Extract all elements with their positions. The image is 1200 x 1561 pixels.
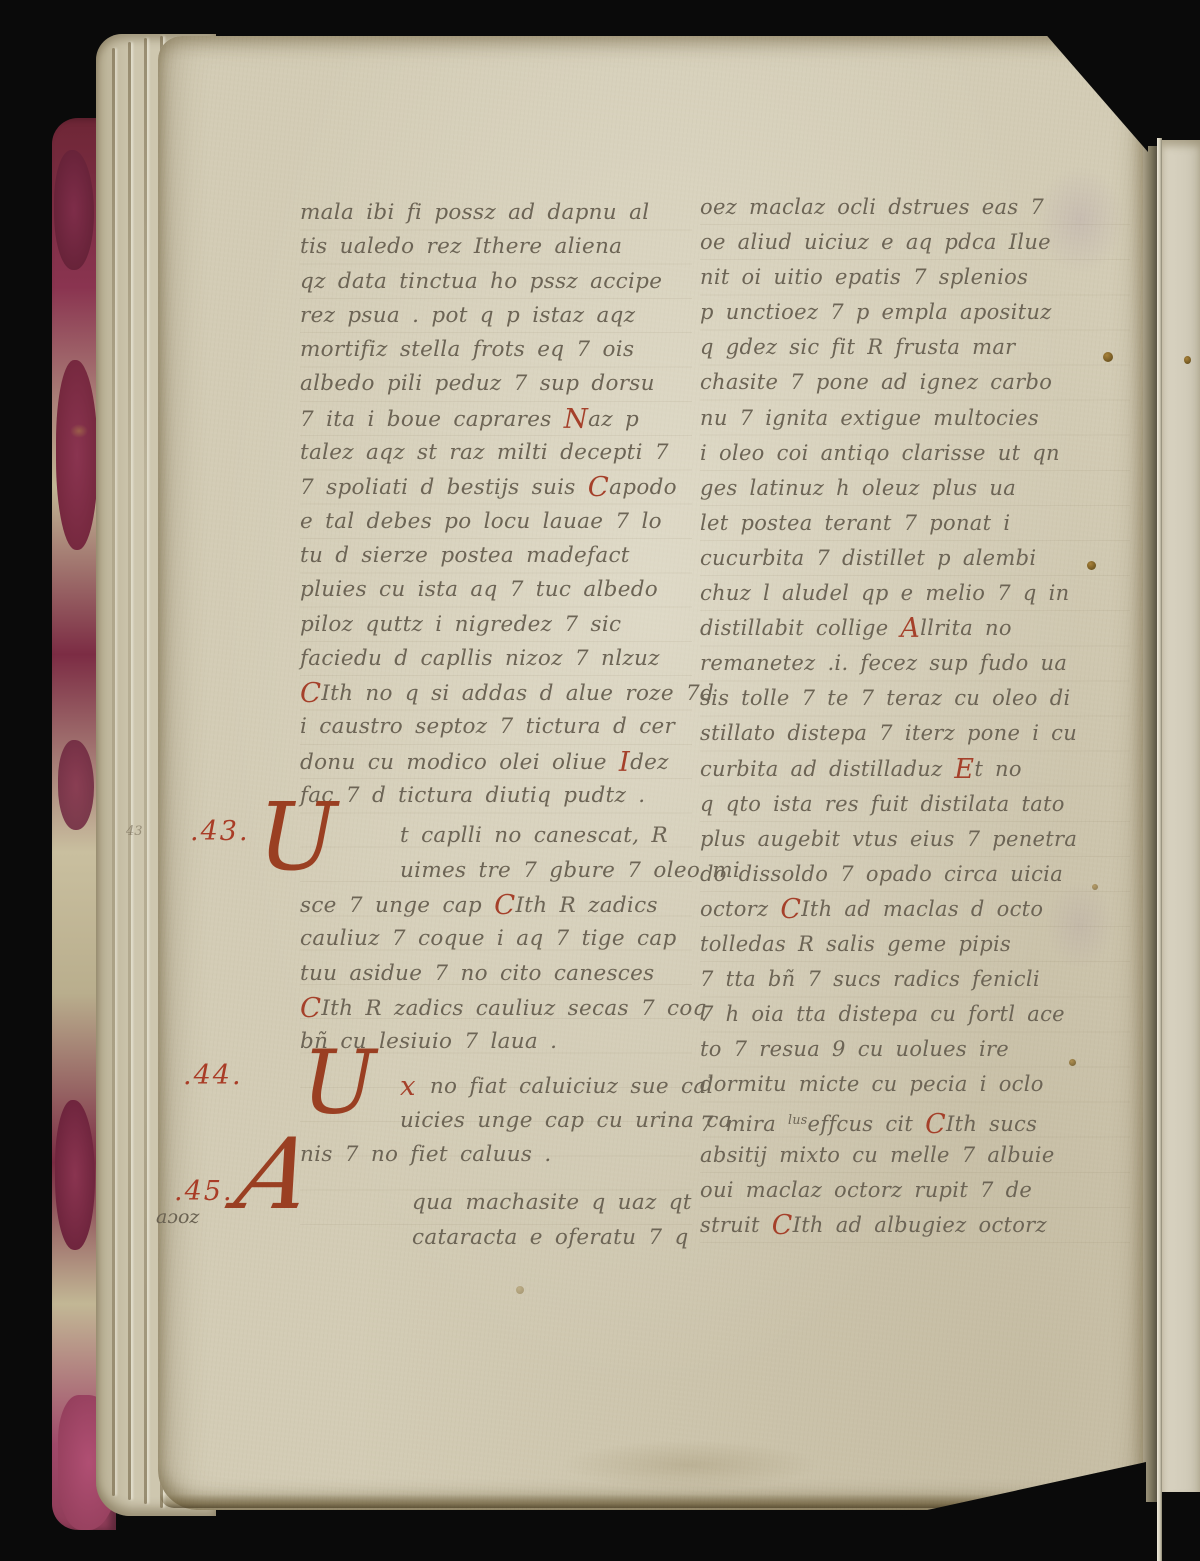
manuscript-text-line: talez aqz st raz milti decepti 7	[300, 436, 692, 470]
page-edge-ridge	[112, 48, 115, 1496]
ink-text: cataracta e oferatu 7 q	[412, 1225, 689, 1250]
manuscript-text-line: dormitu micte cu pecia i oclo	[700, 1067, 1130, 1102]
rubric-red-text: C	[300, 992, 321, 1024]
ink-text: dormitu micte cu pecia i oclo	[700, 1072, 1044, 1096]
manuscript-text-line: 7 h oia tta distepa cu fortl ace	[700, 997, 1130, 1032]
ink-text: talez aqz st raz milti decepti 7	[300, 440, 669, 465]
manuscript-text-line: albedo pili peduz 7 sup dorsu	[300, 367, 692, 401]
ink-text: 7 spoliati d bestijs suis	[300, 475, 588, 500]
marginal-ink-scribble: aɔoz	[156, 1206, 199, 1228]
manuscript-text-line: CIth R zadics cauliuz secas 7 coq	[300, 991, 692, 1025]
manuscript-text-line: oez maclaz ocli dstrues eas 7	[700, 190, 1130, 225]
manuscript-text-line: sce 7 unge cap CIth R zadics	[300, 888, 692, 922]
manuscript-text-line: q qto ista res fuit distilata tato	[700, 787, 1130, 822]
ink-text: mala ibi fi possz ad dapnu al	[300, 200, 649, 225]
ink-text: mortifiz stella frots eq 7 ois	[300, 337, 634, 362]
manuscript-text-line: i caustro septoz 7 tictura d cer	[300, 710, 692, 744]
rubric-red-text: C	[925, 1110, 946, 1141]
ink-text: faciedu d capllis nizoz 7 nlzuz	[300, 646, 660, 671]
page-edge-ridge	[144, 38, 147, 1504]
manuscript-text-line: distillabit collige Allrita no	[700, 611, 1130, 646]
ink-text: Ith sucs	[946, 1112, 1037, 1136]
ink-text: no fiat caluiciuz sue cal	[430, 1074, 714, 1099]
rubric-red-text: C	[300, 677, 321, 709]
page-edge-ridge	[128, 42, 131, 1500]
ink-text: distillabit collige	[700, 616, 900, 640]
ink-text: nis 7 no fiet caluus .	[300, 1142, 552, 1167]
ink-text: Ith no q si addas d alue roze 7d	[321, 681, 714, 706]
ink-text: tuu asidue 7 no cito canesces	[300, 961, 655, 986]
rubric-red-text: C	[772, 1210, 793, 1241]
ink-text: p unctioez 7 p empla aposituz	[700, 300, 1052, 324]
rubric-red-text: A	[900, 613, 920, 644]
ink-text: stillato distepa 7 iterz pone i cu	[700, 721, 1077, 745]
right-text-column: oez maclaz ocli dstrues eas 7oe aliud ui…	[700, 190, 1130, 1243]
manuscript-text-line: chuz l aludel qp e melio 7 q in	[700, 576, 1130, 611]
rubric-red-text: x	[400, 1070, 430, 1102]
manuscript-text-line: faciedu d capllis nizoz 7 nlzuz	[300, 642, 692, 676]
manuscript-text-line: 7 mira luseffcus cit CIth sucs	[700, 1102, 1130, 1137]
manuscript-text-line: mala ibi fi possz ad dapnu al	[300, 196, 692, 230]
manuscript-text-line: to 7 resua 9 cu uolues ire	[700, 1032, 1130, 1067]
chapter-number-45: .45.	[174, 1176, 234, 1207]
manuscript-text-line: struit CIth ad albugiez octorz	[700, 1208, 1130, 1243]
ink-text: albedo pili peduz 7 sup dorsu	[300, 371, 655, 396]
ink-text: let postea terant 7 ponat i	[700, 511, 1010, 535]
ink-text: oez maclaz ocli dstrues eas 7	[700, 195, 1044, 219]
manuscript-text-line: pluies cu ista aq 7 tuc albedo	[300, 573, 692, 607]
ink-text: nit oi uitio epatis 7 splenios	[700, 265, 1028, 289]
manuscript-text-line: cauliuz 7 coque i aq 7 tige cap	[300, 922, 692, 956]
manuscript-text-line: tu d sierze postea madefact	[300, 539, 692, 573]
manuscript-text-line: nu 7 ignita extigue multocies	[700, 401, 1130, 436]
rubric-red-text: C	[494, 889, 515, 921]
ink-text: i caustro septoz 7 tictura d cer	[300, 714, 675, 739]
ink-text: chasite 7 pone ad ignez carbo	[700, 370, 1052, 394]
wormhole	[516, 1286, 524, 1294]
ink-text: absitij mixto cu melle 7 albuie	[700, 1143, 1055, 1167]
page-fore-edge-shadow	[1143, 146, 1158, 1502]
manuscript-text-line: qz data tinctua ho pssz accipe	[300, 265, 692, 299]
ink-text: uimes tre 7 gbure 7 oleo mi	[400, 858, 740, 883]
ink-text: pluies cu ista aq 7 tuc albedo	[300, 577, 658, 602]
next-page-sliver	[1162, 140, 1200, 1492]
ink-text: Ith R zadics cauliuz secas 7 coq	[321, 996, 706, 1021]
ink-text: oui maclaz octorz rupit 7 de	[700, 1178, 1032, 1202]
manuscript-text-line: nis 7 no fiet caluus .	[300, 1138, 692, 1172]
parchment-stain	[560, 1440, 820, 1490]
manuscript-text-line: sis tolle 7 te 7 teraz cu oleo di	[700, 681, 1130, 716]
ink-text: qua machasite q uaz qt	[412, 1190, 692, 1215]
ink-text: curbita ad distilladuz	[700, 757, 954, 781]
ink-text: effcus cit	[808, 1112, 926, 1136]
ink-text: 7 mira	[700, 1112, 788, 1136]
ink-text: do dissoldo 7 opado circa uicia	[700, 862, 1063, 886]
rubricated-initial-43: U	[258, 800, 337, 875]
ink-text: rez psua . pot q p istaz aqz	[300, 303, 635, 328]
ink-text: tis ualedo rez Ithere aliena	[300, 234, 622, 259]
ink-text: fac 7 d tictura diutiq pudtz .	[300, 783, 645, 808]
ink-text: sis tolle 7 te 7 teraz cu oleo di	[700, 686, 1070, 710]
manuscript-text-line: curbita ad distilladuz Et no	[700, 752, 1130, 787]
manuscript-text-line: plus augebit vtus eius 7 penetra	[700, 822, 1130, 857]
ink-text: apodo	[609, 475, 677, 500]
manuscript-photograph: mala ibi fi possz ad dapnu altis ualedo …	[0, 0, 1200, 1561]
ink-text: remanetez .i. fecez sup fudo ua	[700, 651, 1067, 675]
ink-text: lus	[788, 1112, 808, 1127]
ink-text: sce 7 unge cap	[300, 893, 494, 918]
manuscript-text-line: t caplli no canescat, R	[300, 819, 692, 853]
ink-text: chuz l aludel qp e melio 7 q in	[700, 581, 1069, 605]
ink-text: t caplli no canescat, R	[400, 823, 668, 848]
ink-text: 7 h oia tta distepa cu fortl ace	[700, 1002, 1065, 1026]
manuscript-text-line: CIth no q si addas d alue roze 7d	[300, 676, 692, 710]
gutter-pencil-number: 43	[126, 824, 143, 839]
ink-text: 7 tta bñ 7 sucs radics fenicli	[700, 967, 1040, 991]
manuscript-text-line: cataracta e oferatu 7 q	[300, 1221, 692, 1255]
chapter-number-43: .43.	[190, 816, 250, 847]
manuscript-text-line: cucurbita 7 distillet p alembi	[700, 541, 1130, 576]
manuscript-text-line: fac 7 d tictura diutiq pudtz .	[300, 779, 692, 813]
ink-text: ges latinuz h oleuz plus ua	[700, 476, 1016, 500]
chapter-number-44: .44.	[183, 1060, 243, 1091]
ink-text: dez	[630, 750, 669, 775]
rubric-red-text: I	[619, 746, 630, 778]
ink-text: tolledas R salis geme pipis	[700, 932, 1011, 956]
rubric-red-text: E	[954, 754, 974, 785]
ink-text: Ith R zadics	[515, 893, 657, 918]
rubric-red-text: C	[780, 894, 801, 925]
ink-text: Ith ad maclas d octo	[801, 897, 1043, 921]
ink-text: e tal debes po locu lauae 7 lo	[300, 509, 662, 534]
manuscript-text-line: uimes tre 7 gbure 7 oleo mi	[300, 854, 692, 888]
manuscript-text-line: let postea terant 7 ponat i	[700, 506, 1130, 541]
manuscript-text-line: 7 spoliati d bestijs suis Capodo	[300, 470, 692, 504]
manuscript-text-line: tuu asidue 7 no cito canesces	[300, 957, 692, 991]
ink-text: piloz quttz i nigredez 7 sic	[300, 612, 621, 637]
manuscript-text-line: octorz CIth ad maclas d octo	[700, 892, 1130, 927]
ink-text: donu cu modico olei oliue	[300, 750, 619, 775]
manuscript-text-line: 7 tta bñ 7 sucs radics fenicli	[700, 962, 1130, 997]
manuscript-text-line: nit oi uitio epatis 7 splenios	[700, 260, 1130, 295]
manuscript-text-line: donu cu modico olei oliue Idez	[300, 745, 692, 779]
manuscript-text-line: tolledas R salis geme pipis	[700, 927, 1130, 962]
ink-text: cucurbita 7 distillet p alembi	[700, 546, 1036, 570]
manuscript-text-line: chasite 7 pone ad ignez carbo	[700, 365, 1130, 400]
ink-text: qz data tinctua ho pssz accipe	[300, 269, 662, 294]
manuscript-text-line: stillato distepa 7 iterz pone i cu	[700, 716, 1130, 751]
ink-text: oe aliud uiciuz e aq pdca Ilue	[700, 230, 1051, 254]
ink-text: Ith ad albugiez octorz	[793, 1213, 1047, 1237]
manuscript-text-line: rez psua . pot q p istaz aqz	[300, 299, 692, 333]
ink-text: uicies unge cap cu urina ca	[400, 1108, 732, 1133]
manuscript-text-line: tis ualedo rez Ithere aliena	[300, 230, 692, 264]
ink-text: 7 ita i boue caprares	[300, 407, 564, 432]
manuscript-text-line: i oleo coi antiqo clarisse ut qn	[700, 436, 1130, 471]
ink-text: llrita no	[920, 616, 1012, 640]
rubric-red-text: N	[564, 403, 588, 435]
rubricated-initial-44: U	[302, 1048, 376, 1118]
manuscript-text-line: oui maclaz octorz rupit 7 de	[700, 1173, 1130, 1208]
manuscript-text-line: do dissoldo 7 opado circa uicia	[700, 857, 1130, 892]
ink-text: octorz	[700, 897, 780, 921]
manuscript-text-line: 7 ita i boue caprares Naz p	[300, 402, 692, 436]
manuscript-text-line: remanetez .i. fecez sup fudo ua	[700, 646, 1130, 681]
ink-text: q qto ista res fuit distilata tato	[700, 792, 1065, 816]
ink-text: i oleo coi antiqo clarisse ut qn	[700, 441, 1060, 465]
ink-text: to 7 resua 9 cu uolues ire	[700, 1037, 1009, 1061]
leather-patch	[58, 740, 94, 830]
manuscript-text-line: ges latinuz h oleuz plus ua	[700, 471, 1130, 506]
parchment-stain	[70, 424, 88, 438]
rubric-red-text: C	[588, 471, 609, 503]
ink-text: plus augebit vtus eius 7 penetra	[700, 827, 1077, 851]
leather-patch	[54, 150, 94, 270]
manuscript-text-line: mortifiz stella frots eq 7 ois	[300, 333, 692, 367]
ink-text: q gdez sic fit R frusta mar	[700, 335, 1016, 359]
ink-text: struit	[700, 1213, 772, 1237]
manuscript-text-line: absitij mixto cu melle 7 albuie	[700, 1138, 1130, 1173]
ink-text: cauliuz 7 coque i aq 7 tige cap	[300, 926, 677, 951]
manuscript-text-line: e tal debes po locu lauae 7 lo	[300, 505, 692, 539]
ink-text: tu d sierze postea madefact	[300, 543, 630, 568]
manuscript-text-line: q gdez sic fit R frusta mar	[700, 330, 1130, 365]
manuscript-text-line: p unctioez 7 p empla aposituz	[700, 295, 1130, 330]
ink-text: nu 7 ignita extigue multocies	[700, 406, 1039, 430]
ink-text: t no	[974, 757, 1021, 781]
wormhole	[1184, 356, 1191, 364]
manuscript-text-line: qua machasite q uaz qt	[300, 1186, 692, 1220]
ink-text: az p	[588, 407, 639, 432]
manuscript-text-line: oe aliud uiciuz e aq pdca Ilue	[700, 225, 1130, 260]
manuscript-text-line: piloz quttz i nigredez 7 sic	[300, 608, 692, 642]
